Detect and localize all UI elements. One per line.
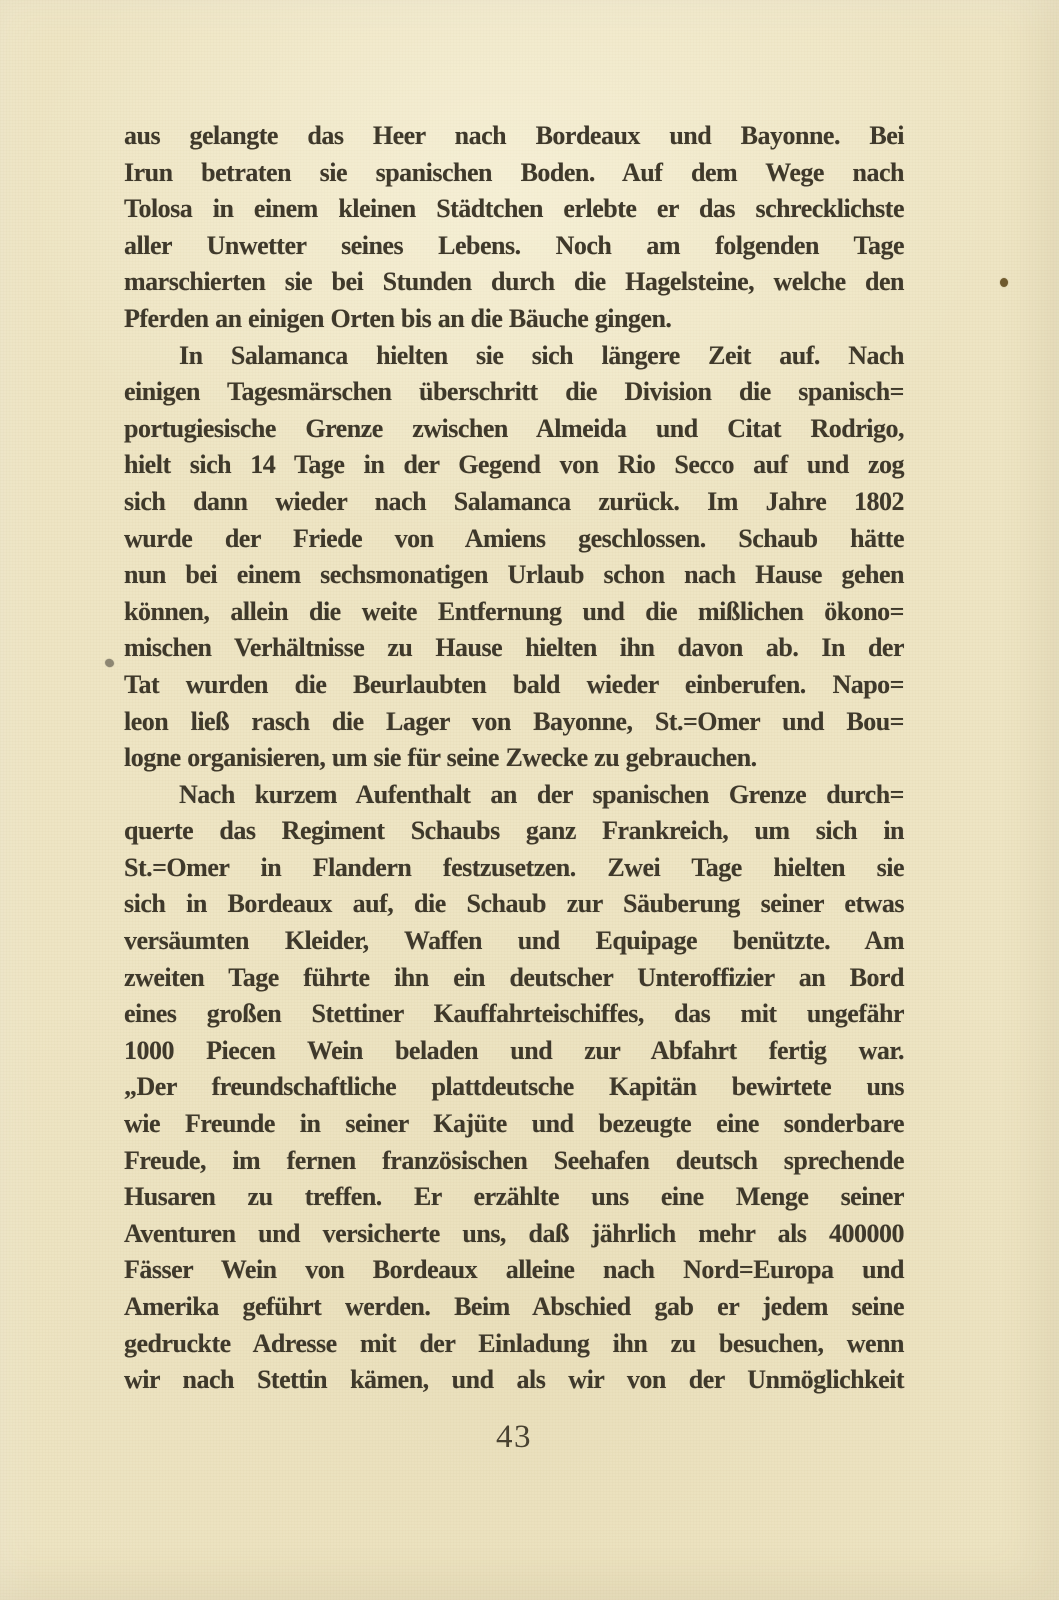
text-line: aller Unwetter seines Lebens. Noch am fo… <box>124 228 904 265</box>
text-line: 1000 Piecen Wein beladen und zur Abfahrt… <box>124 1033 904 1070</box>
text-line: marschierten sie bei Stunden durch die H… <box>124 264 904 301</box>
text-line: können, allein die weite Entfernung und … <box>124 594 904 631</box>
text-line: wir nach Stettin kämen, und als wir von … <box>124 1362 904 1399</box>
text-line: wie Freunde in seiner Kajüte und bezeugt… <box>124 1106 904 1143</box>
text-line: portugiesische Grenze zwischen Almeida u… <box>124 411 904 448</box>
text-line: wurde der Friede von Amiens geschlossen.… <box>124 521 904 558</box>
text-line: zweiten Tage führte ihn ein deutscher Un… <box>124 960 904 997</box>
text-line: Tat wurden die Beurlaubten bald wieder e… <box>124 667 904 704</box>
text-line: Irun betraten sie spanischen Boden. Auf … <box>124 155 904 192</box>
text-line: Husaren zu treffen. Er erzählte uns eine… <box>124 1179 904 1216</box>
text-line: aus gelangte das Heer nach Bordeaux und … <box>124 118 904 155</box>
text-line: eines großen Stettiner Kauffahrteischiff… <box>124 996 904 1033</box>
text-line: logne organisieren, um sie für seine Zwe… <box>124 740 904 777</box>
text-line: Freude, im fernen französischen Seehafen… <box>124 1143 904 1180</box>
page-number: 43 <box>124 1419 904 1456</box>
text-line: einigen Tagesmärschen überschritt die Di… <box>124 374 904 411</box>
text-line: hielt sich 14 Tage in der Gegend von Rio… <box>124 447 904 484</box>
text-line: Amerika geführt werden. Beim Abschied ga… <box>124 1289 904 1326</box>
text-line: „Der freundschaftliche plattdeutsche Kap… <box>124 1069 904 1106</box>
text-line: St.=Omer in Flandern festzusetzen. Zwei … <box>124 850 904 887</box>
text-line: versäumten Kleider, Waffen und Equipage … <box>124 923 904 960</box>
text-line: mischen Verhältnisse zu Hause hielten ih… <box>124 630 904 667</box>
paper-speck-icon <box>104 657 116 668</box>
text-line: querte das Regiment Schaubs ganz Frankre… <box>124 813 904 850</box>
text-line: gedruckte Adresse mit der Einladung ihn … <box>124 1326 904 1363</box>
text-line: Aventuren und versicherte uns, daß jährl… <box>124 1216 904 1253</box>
book-page: aus gelangte das Heer nach Bordeaux und … <box>0 0 1059 1600</box>
text-line: Fässer Wein von Bordeaux alleine nach No… <box>124 1252 904 1289</box>
text-line: Tolosa in einem kleinen Städtchen erlebt… <box>124 191 904 228</box>
text-line: Nach kurzem Aufenthalt an der spanischen… <box>124 777 904 814</box>
text-block: aus gelangte das Heer nach Bordeaux und … <box>124 118 904 1399</box>
text-line: In Salamanca hielten sie sich längere Ze… <box>124 338 904 375</box>
paper-speck-icon <box>1000 278 1008 287</box>
text-line: sich dann wieder nach Salamanca zurück. … <box>124 484 904 521</box>
text-line: nun bei einem sechsmonatigen Urlaub scho… <box>124 557 904 594</box>
text-line: Pferden an einigen Orten bis an die Bäuc… <box>124 301 904 338</box>
text-line: sich in Bordeaux auf, die Schaub zur Säu… <box>124 886 904 923</box>
text-line: leon ließ rasch die Lager von Bayonne, S… <box>124 704 904 741</box>
